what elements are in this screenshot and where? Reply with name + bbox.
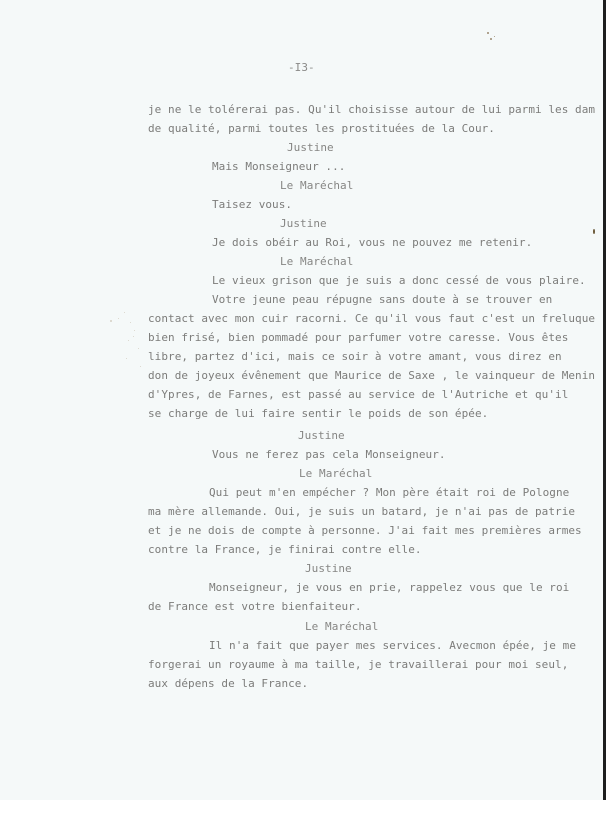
dialogue-line: forgerai un royaume à ma taille, je trav… <box>148 658 568 672</box>
speaker-name: Le Maréchal <box>299 467 372 481</box>
speaker-name: Justine <box>305 562 352 576</box>
dialogue-line: d'Ypres, de Farnes, est passé au service… <box>148 388 568 402</box>
dialogue-line: contre la France, je finirai contre elle… <box>148 543 422 557</box>
speaker-name: Le Maréchal <box>305 620 378 634</box>
dialogue-line: se charge de lui faire sentir le poids d… <box>148 407 488 421</box>
dialogue-line: Je dois obéir au Roi, vous ne pouvez me … <box>212 236 532 250</box>
dust-speck <box>140 366 141 367</box>
dust-speck <box>130 322 131 323</box>
speaker-name: Justine <box>287 141 334 155</box>
ink-speck <box>494 36 495 37</box>
speaker-name: Le Maréchal <box>280 179 353 193</box>
page-number: -I3- <box>288 61 315 75</box>
dialogue-line: Vous ne ferez pas cela Monseigneur. <box>212 448 446 462</box>
dust-speck <box>124 312 125 313</box>
dialogue-line: aux dépens de la France. <box>148 677 308 691</box>
dust-speck <box>126 358 127 359</box>
dialogue-line: de qualité, parmi toutes les prostituées… <box>148 122 495 136</box>
dust-speck <box>138 348 139 349</box>
ink-speck <box>487 32 489 34</box>
dust-speck <box>133 336 134 337</box>
dialogue-line: et je ne dois de compte à personne. J'ai… <box>148 524 582 538</box>
ink-mark <box>593 229 595 234</box>
ink-speck <box>490 38 492 40</box>
dialogue-line: Taisez vous. <box>212 198 292 212</box>
dialogue-line: bien frisé, bien pommadé pour parfumer v… <box>148 331 568 345</box>
typewritten-page: -I3- je ne le tolérerai pas. Qu'il chois… <box>0 0 603 800</box>
dialogue-line: de France est votre bienfaiteur. <box>148 600 362 614</box>
dialogue-line: contact avec mon cuir racorni. Ce qu'il … <box>148 312 595 326</box>
dialogue-line: Qui peut m'en empécher ? Mon père était … <box>209 486 569 500</box>
dialogue-line: je ne le tolérerai pas. Qu'il choisisse … <box>148 103 595 117</box>
dust-speck <box>110 320 112 322</box>
speaker-name: Justine <box>280 217 327 231</box>
dialogue-line: Mais Monseigneur ... <box>212 160 345 174</box>
dialogue-line: libre, partez d'ici, mais ce soir à votr… <box>148 350 562 364</box>
speaker-name: Justine <box>298 429 345 443</box>
dialogue-line: Votre jeune peau répugne sans doute à se… <box>212 293 552 307</box>
dialogue-line: Il n'a fait que payer mes services. Avec… <box>209 639 576 653</box>
speaker-name: Le Maréchal <box>280 255 353 269</box>
dialogue-line: Monseigneur, je vous en prie, rappelez v… <box>209 581 569 595</box>
dust-speck <box>134 330 135 331</box>
dust-speck <box>118 318 119 319</box>
dust-speck <box>128 340 129 341</box>
dialogue-line: Le vieux grison que je suis a donc cessé… <box>212 274 586 288</box>
dialogue-line: don de joyeux évênement que Maurice de S… <box>148 369 595 383</box>
dialogue-line: ma mère allemande. Oui, je suis un batar… <box>148 505 575 519</box>
